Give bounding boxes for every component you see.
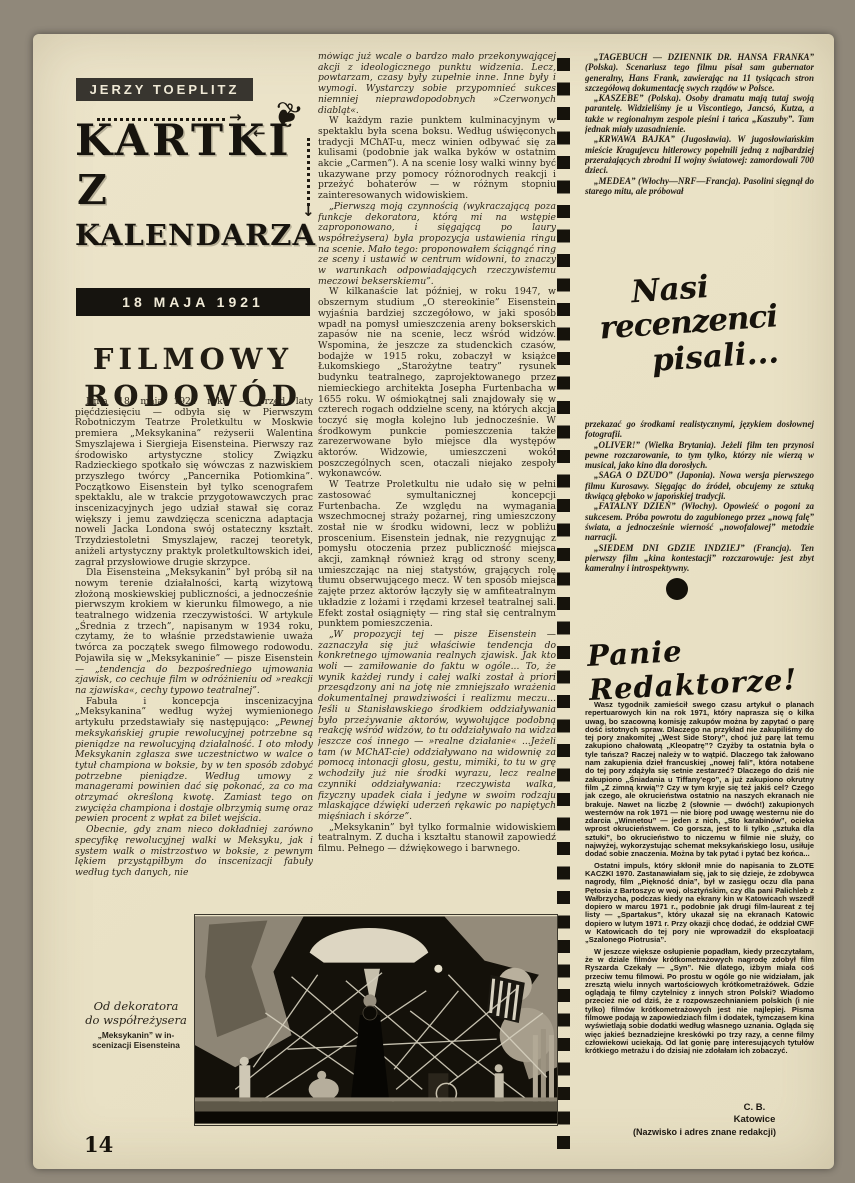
review-item: „KASZEBE” (Polska). Osoby dramatu mają t…: [585, 93, 814, 134]
article-paragraph: Dnia 18 maja 1921 roku — przed laty pięć…: [75, 397, 313, 568]
article-paragraph: W kilkanaście lat później, w roku 1947, …: [318, 287, 556, 480]
article-paragraph: W każdym razie punktem kulminacyjnym w s…: [318, 116, 556, 202]
review-item: „OLIVER!” (Wielka Brytania). Jeżeli film…: [585, 440, 814, 471]
caption-italic-line1: Od dekoratora: [80, 1000, 192, 1014]
magazine-page: JERZY TOEPLITZ → ← ❦ ↓ KARTKI Z KALENDAR…: [0, 0, 855, 1183]
review-item: „TAGEBUCH — DZIENNIK DR. HANSA FRANKA” (…: [585, 52, 814, 93]
review-item: „KRWAWA BAJKA” (Jugosławia). W jugosłowi…: [585, 134, 814, 175]
article-paragraph: mówiąc już wcale o bardzo mało przekonyw…: [318, 52, 556, 116]
article-paragraph: Obecnie, gdy znam nieco dokładniej zarów…: [75, 825, 313, 879]
article-title-line1: FILMOWY: [70, 341, 316, 378]
date-banner: 18 MAJA 1921: [76, 288, 310, 316]
reviews-column-bottom: przekazać go środkami realistycznymi, ję…: [585, 419, 814, 587]
signature-initials: C. B.: [585, 1102, 814, 1114]
letter-paragraph: Wasz tygodnik zamieścił swego czasu arty…: [585, 701, 814, 859]
article-paragraph: Dla Eisensteina „Meksykanin” był próbą s…: [75, 568, 313, 696]
quoted-text: „tendencja do bezpośredniego ujmowania z…: [75, 664, 313, 696]
letter-body: Wasz tygodnik zamieścił swego czasu arty…: [585, 701, 814, 1101]
article-column-2: mówiąc już wcale o bardzo mało przekonyw…: [318, 52, 556, 912]
article-paragraph: W Teatrze Proletkultu nie udało się w pe…: [318, 480, 556, 630]
quoted-text: „Pewnej meksykańskiej grupie rewolucyjne…: [75, 717, 313, 824]
article-paragraph: „W propozycji tej — pisze Eisenstein — z…: [318, 630, 556, 823]
letter-paragraph: Ostatni impuls, który skłonił mnie do na…: [585, 862, 814, 945]
reviews-column-top: „TAGEBUCH — DZIENNIK DR. HANSA FRANKA” (…: [585, 52, 814, 278]
letter-paragraph: W jeszcze większe osłupienie popadłam, k…: [585, 948, 814, 1056]
date-text: 18 MAJA 1921: [122, 294, 264, 310]
review-item: „SIEDEM DNI GDZIE INDZIEJ” (Francja). Te…: [585, 543, 814, 574]
article-paragraph: „Pierwszą moją czynnością (wykraczającą …: [318, 202, 556, 288]
kartki-z-kalendarza-logo: → ← ❦ ↓ KARTKI Z KALENDARZA: [75, 110, 320, 282]
logo-word-z: Z: [77, 166, 109, 214]
caption-italic-line2: do współreżysera: [80, 1014, 192, 1028]
logo-word-kartki: KARTKI: [75, 116, 292, 166]
letter-heading: Panie Redaktorze!: [586, 627, 819, 707]
photo-caption: Od dekoratora do współreżysera „Meksykan…: [80, 1000, 192, 1050]
review-item: przekazać go środkami realistycznymi, ję…: [585, 419, 814, 440]
article-column-1: Dnia 18 maja 1921 roku — przed laty pięć…: [75, 397, 313, 909]
review-item: „FATALNY DZIEŃ” (Włochy). Opowieść o pog…: [585, 501, 814, 542]
signature-city: Katowice: [585, 1114, 814, 1126]
signature-note: (Nazwisko i adres znane redakcji): [585, 1126, 814, 1138]
dotted-rule-vertical: [307, 138, 310, 206]
review-item: „MEDEA” (Włochy—NRF—Francja). Pasolini s…: [585, 176, 814, 197]
logo-word-kalendarza: KALENDARZA: [75, 218, 316, 252]
film-sprocket-strip: [557, 58, 570, 1160]
article-paragraph: Fabuła i koncepcja inscenizacyjna „Meksy…: [75, 697, 313, 825]
page-number: 14: [84, 1132, 113, 1157]
letter-signature: C. B. Katowice (Nazwisko i adres znane r…: [585, 1102, 814, 1138]
author-name: JERZY TOEPLITZ: [90, 82, 240, 97]
article-paragraph: „Meksykanin” był tylko formalnie widowis…: [318, 823, 556, 855]
paragraph-text: Dla Eisensteina „Meksykanin” był próbą s…: [75, 567, 313, 674]
caption-small-line2: scenizacji Eisensteina: [80, 1041, 192, 1051]
review-item: „SAGA O DZUDO” (Japonia). Nowa wersja pi…: [585, 470, 814, 501]
stage-photo: [195, 915, 557, 1125]
section-divider-dot: [666, 578, 688, 600]
author-banner: JERZY TOEPLITZ: [76, 78, 253, 101]
